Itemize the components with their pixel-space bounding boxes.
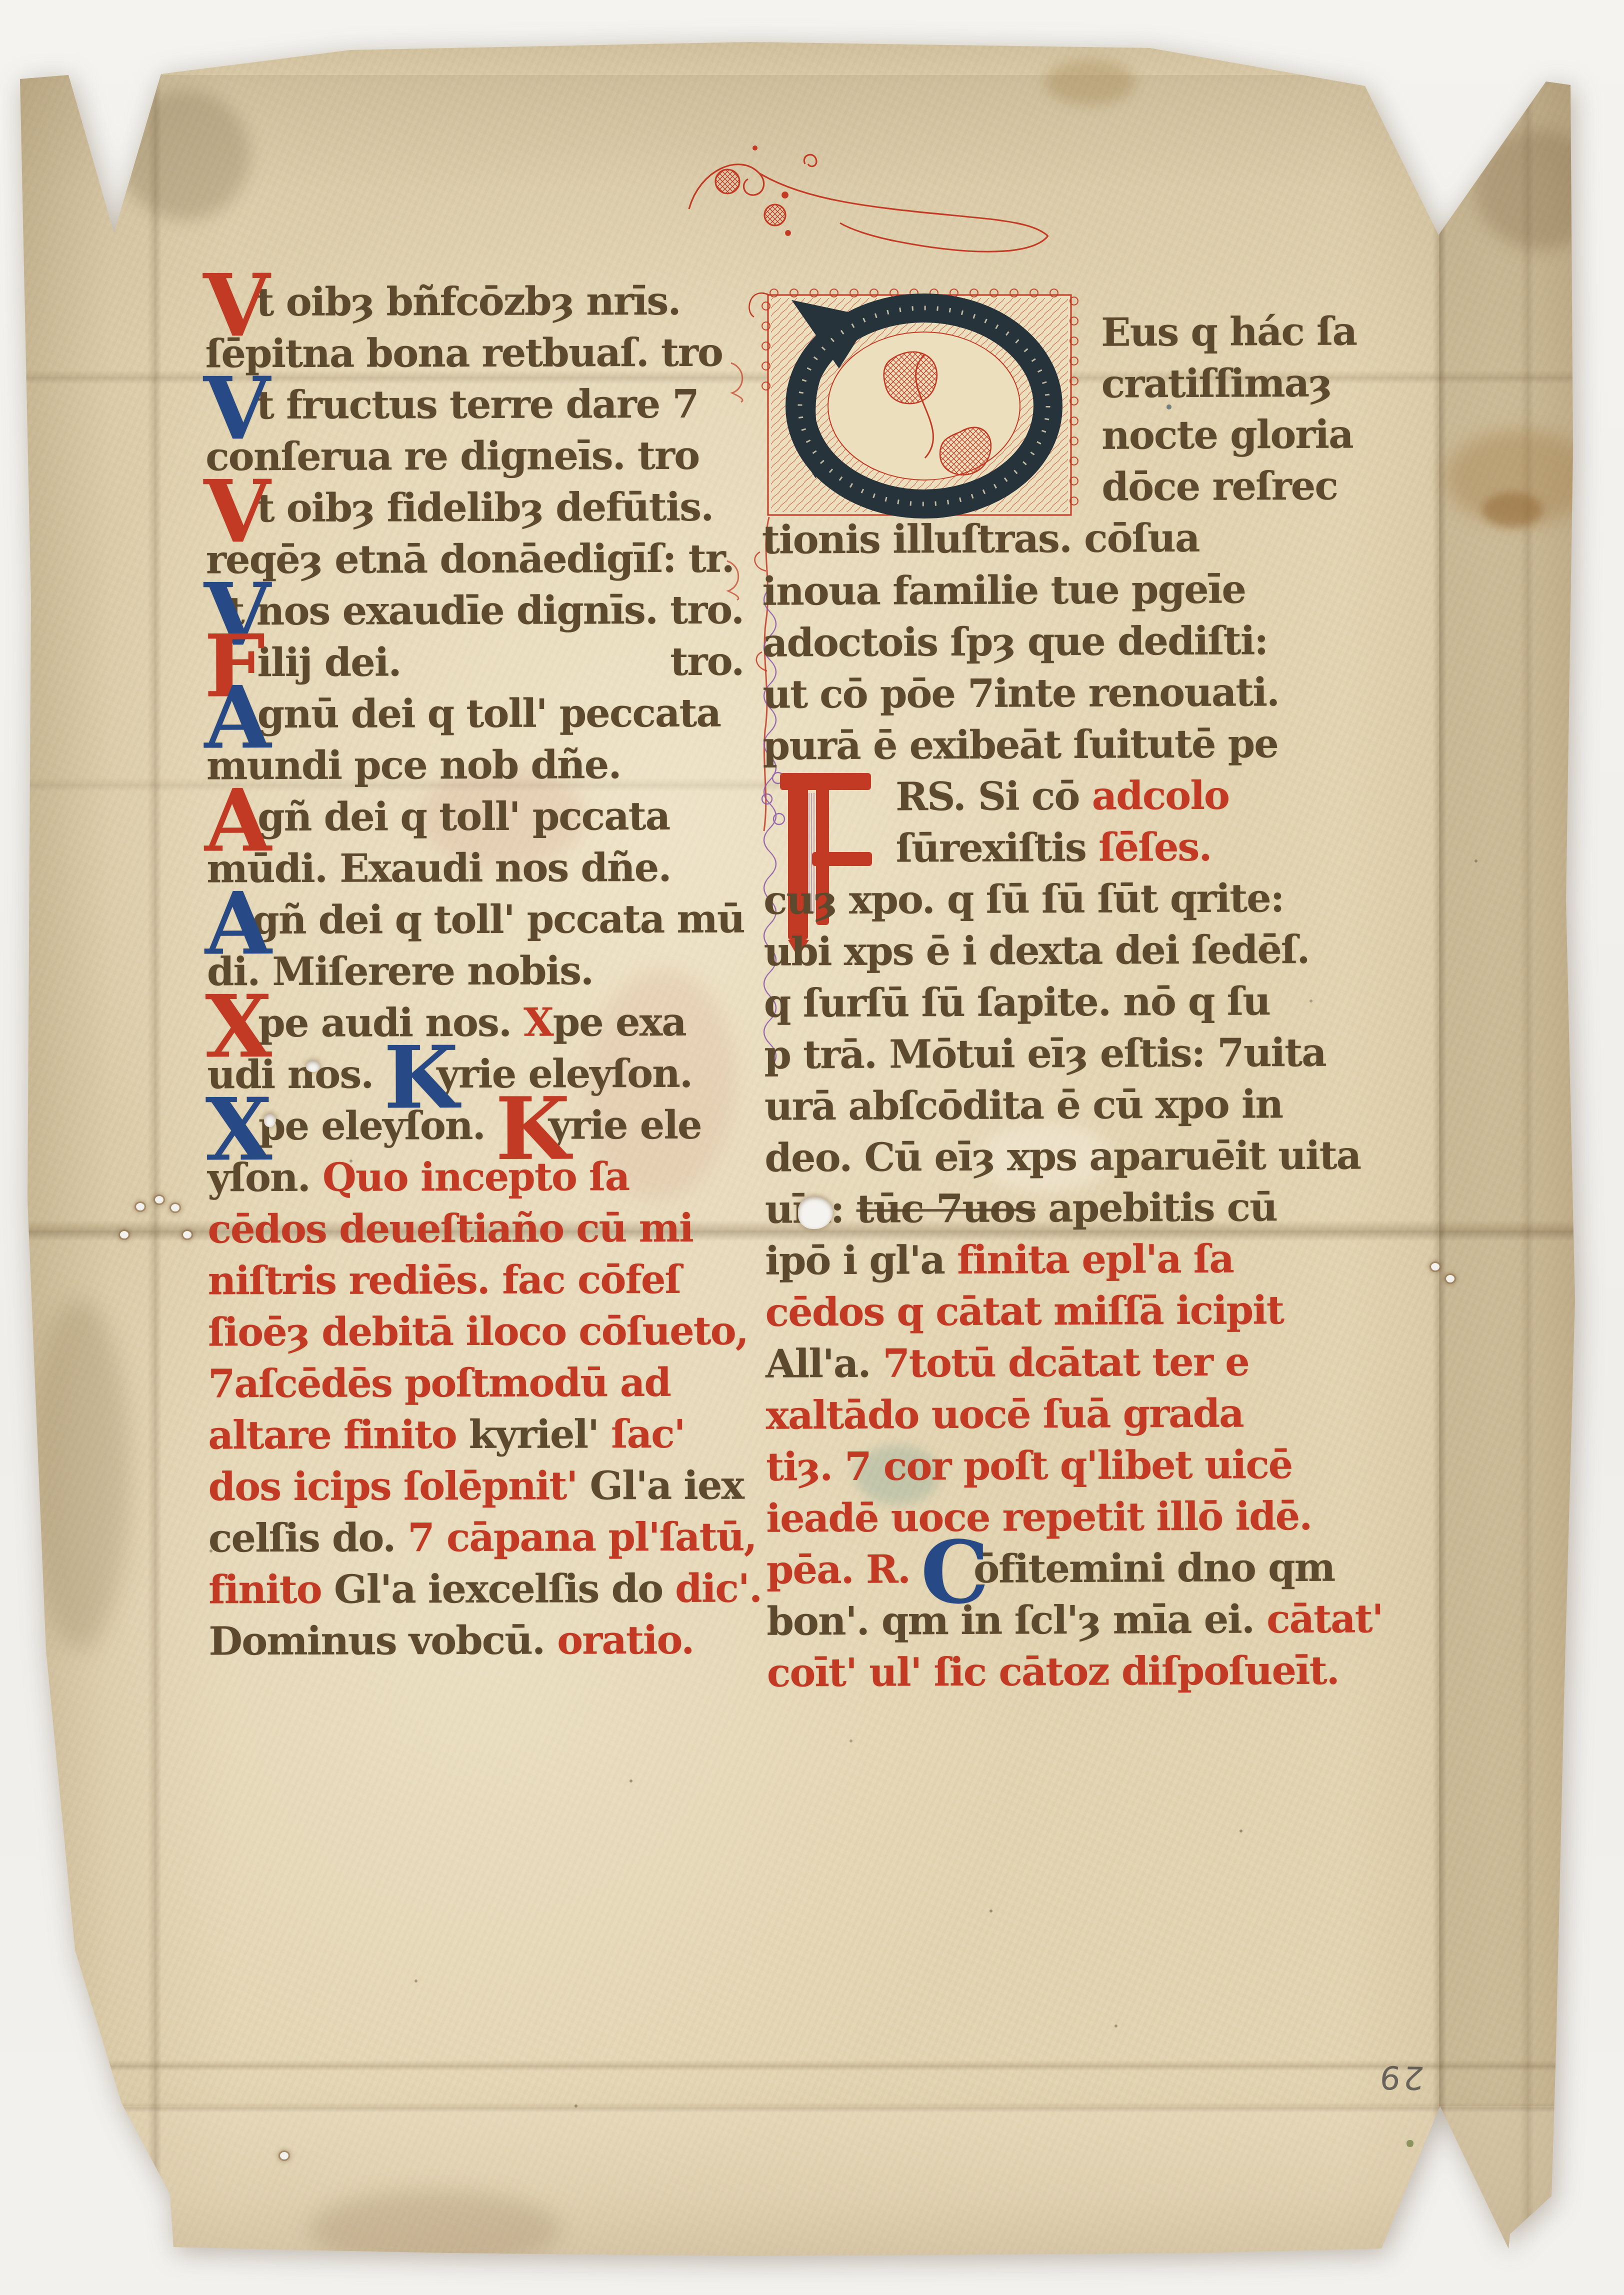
corner-darkening (120, 90, 250, 220)
text-segment: ſioēȝ debitā iloco cōſueto, (208, 1305, 748, 1358)
text-line: tionis illuſtras. cōſua (762, 511, 1374, 565)
text-line: niſtris rediēs. fac cōfeſ (207, 1254, 745, 1307)
text-segment: ut cō pōe 7inte renouati. (762, 666, 1279, 720)
text-segment: t fructus terre dare 7 (256, 378, 698, 431)
versal-initial: X (207, 1004, 258, 1036)
corner-darkening (1475, 130, 1605, 250)
text-line: bon'. qm in ſcl'ȝ mīa ei. cātat' (766, 1593, 1379, 1647)
text-segment: purā ē exibeāt ſuitutē pe (763, 718, 1278, 771)
bottom-strip-shading (0, 2106, 1624, 2295)
text-segment: ieadē uoce repetit illō idē. (766, 1490, 1311, 1544)
text-segment: ſūrexiſtis (895, 822, 1098, 874)
text-column-left: Vt oibȝ bñfcōzbȝ nrīs.ſēpitna bona retbu… (205, 275, 746, 1667)
text-line: cēdos deueſtiaño cū mi (207, 1202, 745, 1255)
text-line: tiȝ. 7 cor poſt q'libet uicē (766, 1438, 1378, 1492)
text-segment: ilij dei. (257, 636, 401, 688)
versal-initial: A (206, 798, 257, 830)
text-column-right: Eus q hác ſacratiſſimaȝnocte gloriadōce … (761, 305, 1379, 1698)
versal-initial: A (207, 901, 252, 933)
text-line: dos icips ſolēpnit' Gl'a iex (208, 1460, 746, 1513)
text-segment: pe exa (553, 996, 686, 1048)
text-segment: tro. (670, 636, 743, 687)
text-segment: nocte gloria (1101, 409, 1353, 461)
text-line: Xpe eleyſon. Kyrie ele (207, 1099, 745, 1152)
text-segment: Dominus vobcū. (208, 1615, 557, 1667)
fold-crease (147, 0, 161, 2295)
pinhole (120, 1231, 128, 1238)
text-line: reqēȝ etnā donāedigīſ: tr. (206, 533, 743, 586)
text-segment: t nos exaudīe dignīs. tro. (226, 584, 743, 637)
text-segment: dōce reſrec (1101, 460, 1337, 513)
text-segment: mūdi. Exaudi nos dñe. (206, 842, 670, 894)
fold-crease (1520, 0, 1534, 2295)
text-segment: adcolo (1091, 770, 1229, 822)
text-segment: RS. Si cō (895, 770, 1092, 823)
text-line: uīa: tūc 7uos apebitis cū (765, 1181, 1377, 1235)
text-line: ſūrexiſtis ſēſes. (763, 820, 1375, 874)
text-segment: pe eleyſon. (258, 1100, 497, 1152)
text-segment: apebitis cū (1035, 1181, 1277, 1234)
text-segment: conſerua re digneīs. tro (205, 430, 699, 483)
edge-darkening (30, 1300, 130, 1650)
text-line: Dominus vobcū. oratio. (208, 1614, 746, 1667)
text-segment: gñ dei q toll' pccata mū (252, 893, 744, 946)
text-line: Eus q hác ſa (761, 305, 1373, 359)
text-segment: 7totū dcātat ter e (882, 1336, 1249, 1389)
text-segment: 7aſcēdēs poſtmodū ad (208, 1357, 670, 1409)
text-line: Vt oibȝ fidelibȝ defūtis. (205, 481, 743, 534)
text-segment: oratio. (557, 1614, 693, 1666)
stain (1482, 492, 1542, 527)
text-segment: finita epl'a ſa (957, 1233, 1233, 1286)
text-line: adoctois ſpȝ que dediſti: (762, 614, 1375, 668)
text-segment: yrie ele (548, 1099, 701, 1151)
versal-initial: K (497, 1107, 548, 1139)
text-line: Xpe audi nos. Xpe exa (207, 996, 744, 1049)
text-line: finito Gl'a iexcelſis do dic'. (208, 1563, 746, 1616)
text-segment: finito (208, 1564, 334, 1616)
text-segment: reqēȝ etnā donāedigīſ: tr. (206, 533, 734, 586)
versal-initial: C (922, 1550, 973, 1582)
text-line: udi nos. Kyrie eleyſon. (207, 1048, 744, 1101)
text-line: ipō i gl'a finita epl'a ſa (765, 1232, 1377, 1286)
text-segment: Eus q hác ſa (1101, 305, 1356, 358)
text-line: Agnū dei q toll' peccata (206, 687, 744, 740)
pinhole (1428, 2145, 1436, 2152)
text-line: xaltādo uocē ſuā grada (765, 1387, 1378, 1441)
text-line: Vt nos exaudīe dignīs. tro. (206, 584, 743, 637)
pinhole (1446, 1275, 1454, 1282)
versal-initial: V (205, 283, 256, 315)
pinhole (1431, 1263, 1439, 1270)
text-segment: 7 cāpana pl'ſatū, (407, 1511, 756, 1564)
text-segment: gñ dei q toll' pccata (257, 790, 669, 843)
text-segment: q ſurſū ſū ſapite. nō q ſu (764, 975, 1270, 1029)
text-segment: cēdos q cātat miſſā icipit (765, 1284, 1283, 1338)
text-line: cuȝ xpo. q ſū ſū ſūt qrite: (763, 872, 1376, 926)
ink-specks (0, 0, 2, 2)
text-line: purā ē exibeāt ſuitutē pe (763, 717, 1375, 771)
versal-initial: A (206, 695, 257, 727)
text-segment: niſtris rediēs. fac cōfeſ (207, 1254, 680, 1306)
text-segment: Quo incepto ſa (322, 1151, 629, 1203)
text-line: pēa. R. Cōfitemini dno qm (766, 1541, 1379, 1595)
penwork-flourish-icon (680, 134, 1060, 264)
text-segment: coīt' ul' ſic cātoz diſpoſueīt. (767, 1645, 1339, 1699)
pinhole (136, 1203, 144, 1210)
text-line: Agñ dei q toll' pccata (206, 790, 744, 843)
text-line: urā abſcōdita ē cū xpo in (764, 1078, 1377, 1132)
text-line: ut cō pōe 7inte renouati. (762, 666, 1375, 720)
text-segment: ubi xps ē i dexta dei ſedēſ. (763, 924, 1309, 978)
text-segment: tūc 7uos (856, 1182, 1035, 1235)
versal-initial: K (385, 1055, 436, 1087)
fold-crease (0, 2102, 1624, 2112)
text-segment: adoctois ſpȝ que dediſti: (762, 615, 1268, 668)
text-segment: Gl'a iex (589, 1460, 743, 1512)
text-line: yſon. Quo incepto ſa (207, 1151, 745, 1204)
text-segment: ōfitemini dno qm (973, 1542, 1334, 1595)
text-segment: cēdos deueſtiaño cū mi (207, 1202, 693, 1255)
text-line: mundi pce nob dñe. (206, 739, 744, 792)
text-line: cratiſſimaȝ (761, 357, 1373, 411)
edge-darkening (310, 2190, 560, 2270)
text-segment: xaltādo uocē ſuā grada (765, 1387, 1243, 1441)
pencil-folio-number: 29 (1366, 2055, 1435, 2098)
text-line: inoua familie tue pgeīe (762, 563, 1374, 617)
text-segment: ſēpitna bona retbuaſ. tro (205, 327, 723, 380)
text-line: ieadē uoce repetit illō idē. (766, 1490, 1378, 1544)
text-line: Filij dei.tro. (206, 636, 743, 689)
text-line: 7aſcēdēs poſtmodū ad (208, 1357, 745, 1410)
text-segment: ſēſes. (1098, 821, 1211, 873)
versal-initial: X (207, 1107, 258, 1139)
text-line: Agñ dei q toll' pccata mū (207, 893, 744, 946)
pinhole (171, 1204, 179, 1211)
text-line: coīt' ul' ſic cātoz diſpoſueīt. (767, 1644, 1379, 1698)
text-segment: cratiſſimaȝ (1101, 357, 1331, 410)
text-line: mūdi. Exaudi nos dñe. (206, 842, 744, 895)
text-segment: kyriel' (469, 1408, 599, 1460)
text-segment: dos icips ſolēpnit' (208, 1460, 590, 1512)
text-segment: X (523, 997, 553, 1048)
text-segment: gnū dei q toll' peccata (257, 687, 721, 740)
text-segment: pēa. R. (766, 1543, 923, 1595)
text-line: q ſurſū ſū ſapite. nō q ſu (764, 975, 1376, 1029)
scanner-background: Vt oibȝ bñfcōzbȝ nrīs.ſēpitna bona retbu… (0, 0, 1624, 2295)
text-segment: All'a. (765, 1338, 883, 1390)
text-segment: tionis illuſtras. cōſua (762, 512, 1199, 566)
text-line: All'a. 7totū dcātat ter e (765, 1335, 1378, 1389)
text-line: nocte gloria (761, 408, 1374, 462)
text-segment: urā abſcōdita ē cū xpo in (764, 1078, 1283, 1132)
text-segment: t oibȝ bñfcōzbȝ nrīs. (256, 275, 680, 328)
text-segment: deo. Cū eīȝ xps aparuēit uita (764, 1129, 1360, 1183)
text-line: conſerua re digneīs. tro (205, 430, 743, 483)
fold-crease (1432, 0, 1446, 2295)
text-segment: Gl'a iexcelſis do (334, 1563, 675, 1615)
versal-initial: V (205, 489, 256, 521)
text-segment: tiȝ. 7 cor poſt q'libet uicē (766, 1439, 1292, 1493)
versal-initial: V (205, 386, 256, 418)
manuscript-leaf: Vt oibȝ bñfcōzbȝ nrīs.ſēpitna bona retbu… (0, 0, 1624, 2295)
text-line: celſis do. 7 cāpana pl'ſatū, (208, 1511, 746, 1564)
text-segment: ſac' (598, 1408, 685, 1460)
text-line: ſioēȝ debitā iloco cōſueto, (208, 1305, 745, 1358)
text-line: ubi xps ē i dexta dei ſedēſ. (763, 923, 1376, 977)
text-line: deo. Cū eīȝ xps aparuēit uita (764, 1129, 1377, 1183)
text-line: altare finito kyriel' ſac' (208, 1408, 745, 1461)
text-segment: cātat' (1266, 1593, 1383, 1645)
text-line: di. Miſerere nobis. (207, 945, 744, 998)
text-segment: cuȝ xpo. q ſū ſū ſūt qrite: (763, 872, 1284, 926)
pinhole (280, 2152, 288, 2159)
text-segment: celſis do. (208, 1512, 408, 1564)
text-line: RS. Si cō adcolo (763, 769, 1375, 823)
text-segment: p trā. Mōtui eīȝ eſtis: 7uita (764, 1027, 1326, 1081)
text-line: ſēpitna bona retbuaſ. tro (205, 327, 743, 380)
text-segment: ipō i gl'a (765, 1234, 957, 1287)
text-line: Vt fructus terre dare 7 (205, 378, 743, 431)
stain (1045, 60, 1135, 105)
text-segment: altare finito (208, 1409, 469, 1461)
leaf-shadow-wrapper: Vt oibȝ bñfcōzbȝ nrīs.ſēpitna bona retbu… (0, 0, 1624, 2295)
text-segment: bon'. qm in ſcl'ȝ mīa ei. (766, 1593, 1266, 1647)
pinhole (155, 1196, 163, 1203)
text-line: p trā. Mōtui eīȝ eſtis: 7uita (764, 1026, 1376, 1080)
text-segment: inoua familie tue pgeīe (762, 563, 1245, 617)
text-segment: t oibȝ fidelibȝ defūtis. (256, 481, 713, 534)
text-segment: dic'. (675, 1563, 761, 1614)
text-line: dōce reſrec (761, 460, 1374, 514)
text-line: Vt oibȝ bñfcōzbȝ nrīs. (205, 275, 742, 328)
pinhole (183, 1231, 191, 1238)
text-line: cēdos q cātat miſſā icipit (765, 1284, 1377, 1338)
